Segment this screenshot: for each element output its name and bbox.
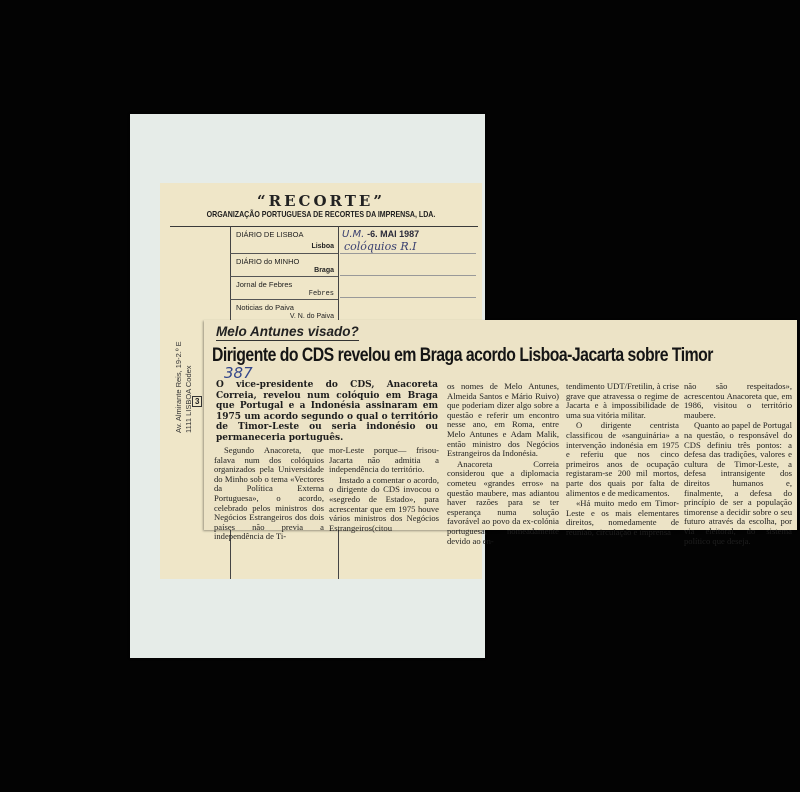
handwritten-note: colóquios R.I xyxy=(344,240,416,253)
article-column: não são respeitados», acrescentou Anacor… xyxy=(684,382,792,546)
paragraph: «Há muito medo em Timor-Leste e os mais … xyxy=(566,499,679,537)
lead-paragraph: O vice-presidente do CDS, Anacoreta Corr… xyxy=(216,380,438,444)
stamp-date: -6. MAI 1987 xyxy=(367,229,419,239)
publication-city: V. N. do Paiva xyxy=(290,313,334,320)
kicker: Melo Antunes visado? xyxy=(216,324,359,341)
headline: Dirigente do CDS revelou em Braga acordo… xyxy=(212,345,713,367)
address-line: Av. Almirante Reis, 19-2.º E xyxy=(174,341,183,433)
divider xyxy=(340,297,476,298)
paragraph: não são respeitados», acrescentou Anacor… xyxy=(684,382,792,420)
publication-name: Noticias do Paiva xyxy=(236,303,294,312)
paragraph: Anacoreta Correia considerou que a diplo… xyxy=(447,460,559,546)
paragraph: Segundo Anacoreta, que falava num dos co… xyxy=(214,446,324,542)
publication-row: DIÁRIO do MINHO Braga xyxy=(230,254,338,277)
publication-row: DIÁRIO DE LISBOA Lisboa xyxy=(230,227,338,254)
publication-name: DIÁRIO do MINHO xyxy=(236,257,299,266)
publication-name: Jornal de Febres xyxy=(236,280,292,289)
paragraph: os nomes de Melo Antunes, Almeida Santos… xyxy=(447,382,559,459)
date-stamp: U.M. -6. MAI 1987 xyxy=(342,229,419,240)
organization-name: ORGANIZAÇÃO PORTUGUESA DE RECORTES DA IM… xyxy=(183,210,460,219)
article-column: tendimento UDT/Fretilin, à crise grave q… xyxy=(566,382,679,538)
article-column: os nomes de Melo Antunes, Almeida Santos… xyxy=(447,382,559,546)
publication-city: Lisboa xyxy=(311,243,334,250)
article-column: mor-Leste porque— frisou- Jacarta não ad… xyxy=(329,446,439,533)
divider xyxy=(340,253,476,254)
paragraph: O dirigente centrista classificou de «sa… xyxy=(566,421,679,498)
publication-city: Febres xyxy=(309,290,334,298)
stamp-initials: U.M. xyxy=(342,229,364,240)
publication-city: Braga xyxy=(314,267,334,274)
paragraph: Quanto ao papel de Portugal na questão, … xyxy=(684,421,792,546)
publication-name: DIÁRIO DE LISBOA xyxy=(236,230,304,239)
paragraph: tendimento UDT/Fretilin, à crise grave q… xyxy=(566,382,679,420)
paragraph: mor-Leste porque— frisou- Jacarta não ad… xyxy=(329,446,439,475)
article-column: Segundo Anacoreta, que falava num dos co… xyxy=(214,446,324,542)
publication-row: Jornal de Febres Febres xyxy=(230,277,338,300)
page-number: 3 xyxy=(192,396,202,407)
newspaper-clipping: Melo Antunes visado? Dirigente do CDS re… xyxy=(204,320,797,530)
brand-title: “RECORTE” xyxy=(160,192,482,210)
paragraph: Instado a comentar o acordo, o dirigente… xyxy=(329,476,439,534)
divider xyxy=(340,275,476,276)
